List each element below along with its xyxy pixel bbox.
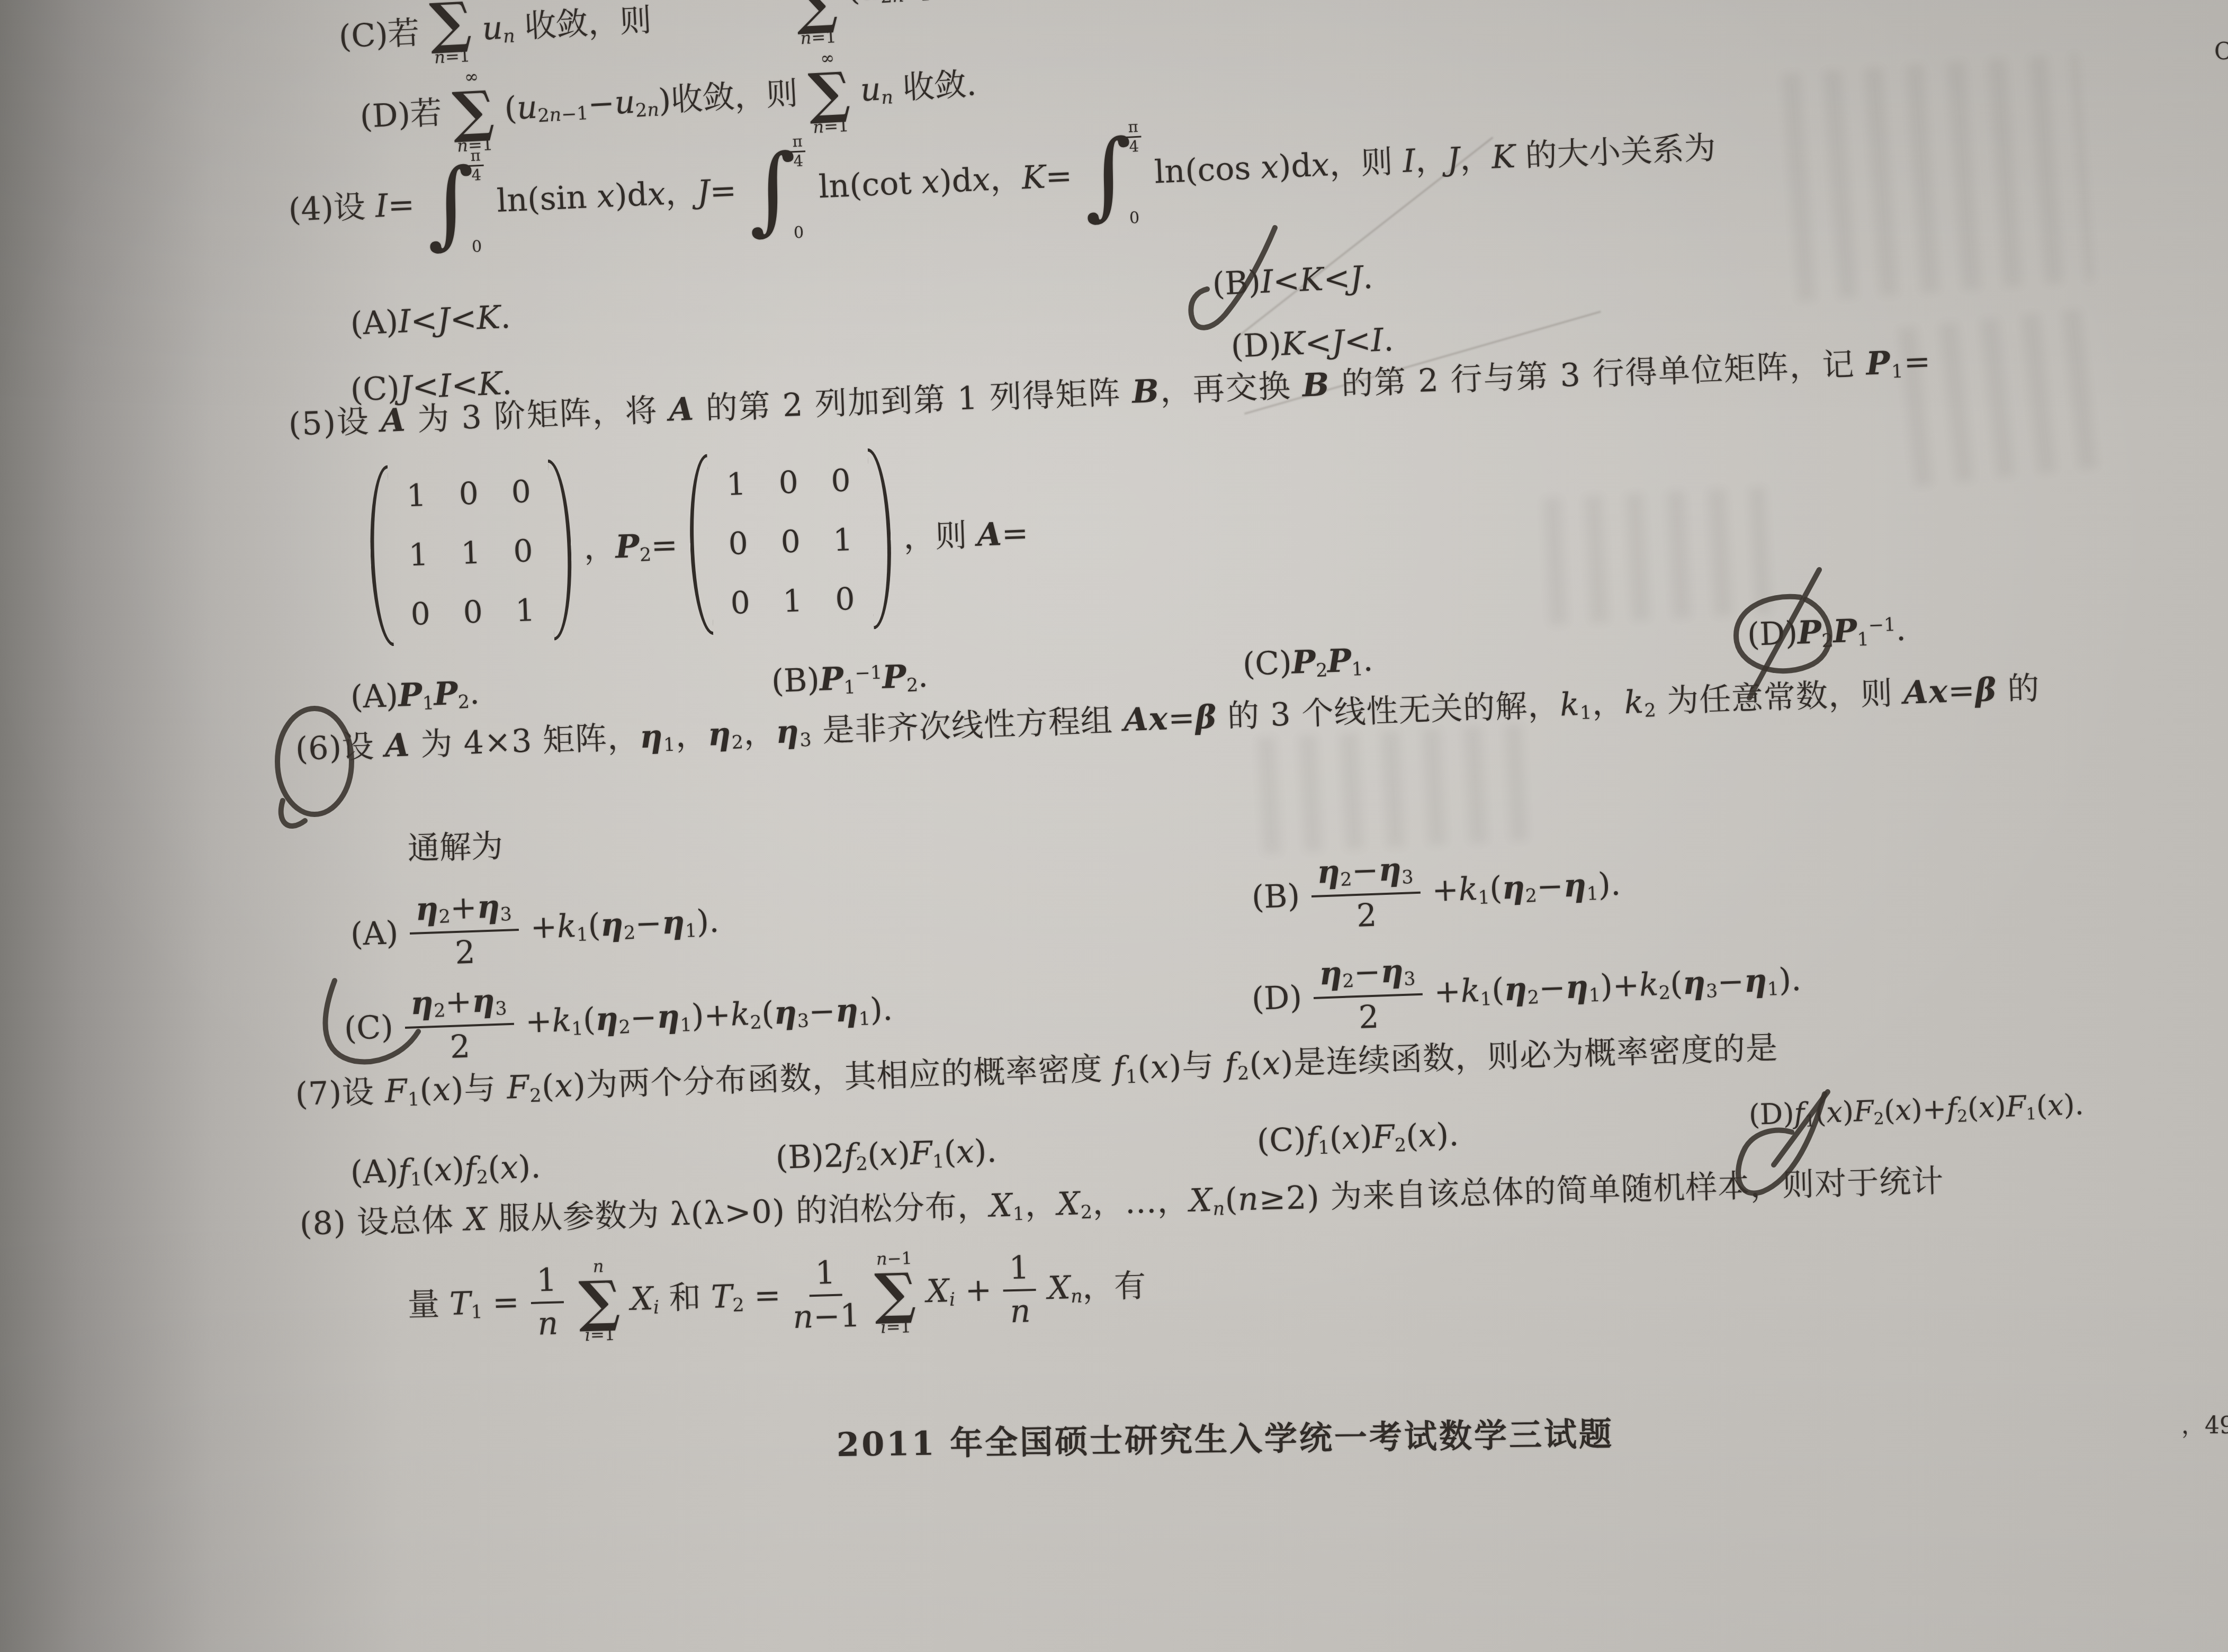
handwritten-marks-overlay <box>0 0 2228 1652</box>
handwritten-mark-q7-option-d <box>1738 1094 1825 1193</box>
handwritten-mark-q6-option-c <box>325 981 418 1062</box>
photographed-exam-page: (C)若 ∑ n=1 un 收敛，则 ∑ n=1 (u2n−1−u2n)收敛. … <box>0 0 2228 1652</box>
handwritten-mark-q5-option-d-slash <box>1749 570 1819 698</box>
handwritten-mark-q4-option-b <box>1191 228 1275 328</box>
handwritten-circle-q6-label <box>277 708 352 814</box>
